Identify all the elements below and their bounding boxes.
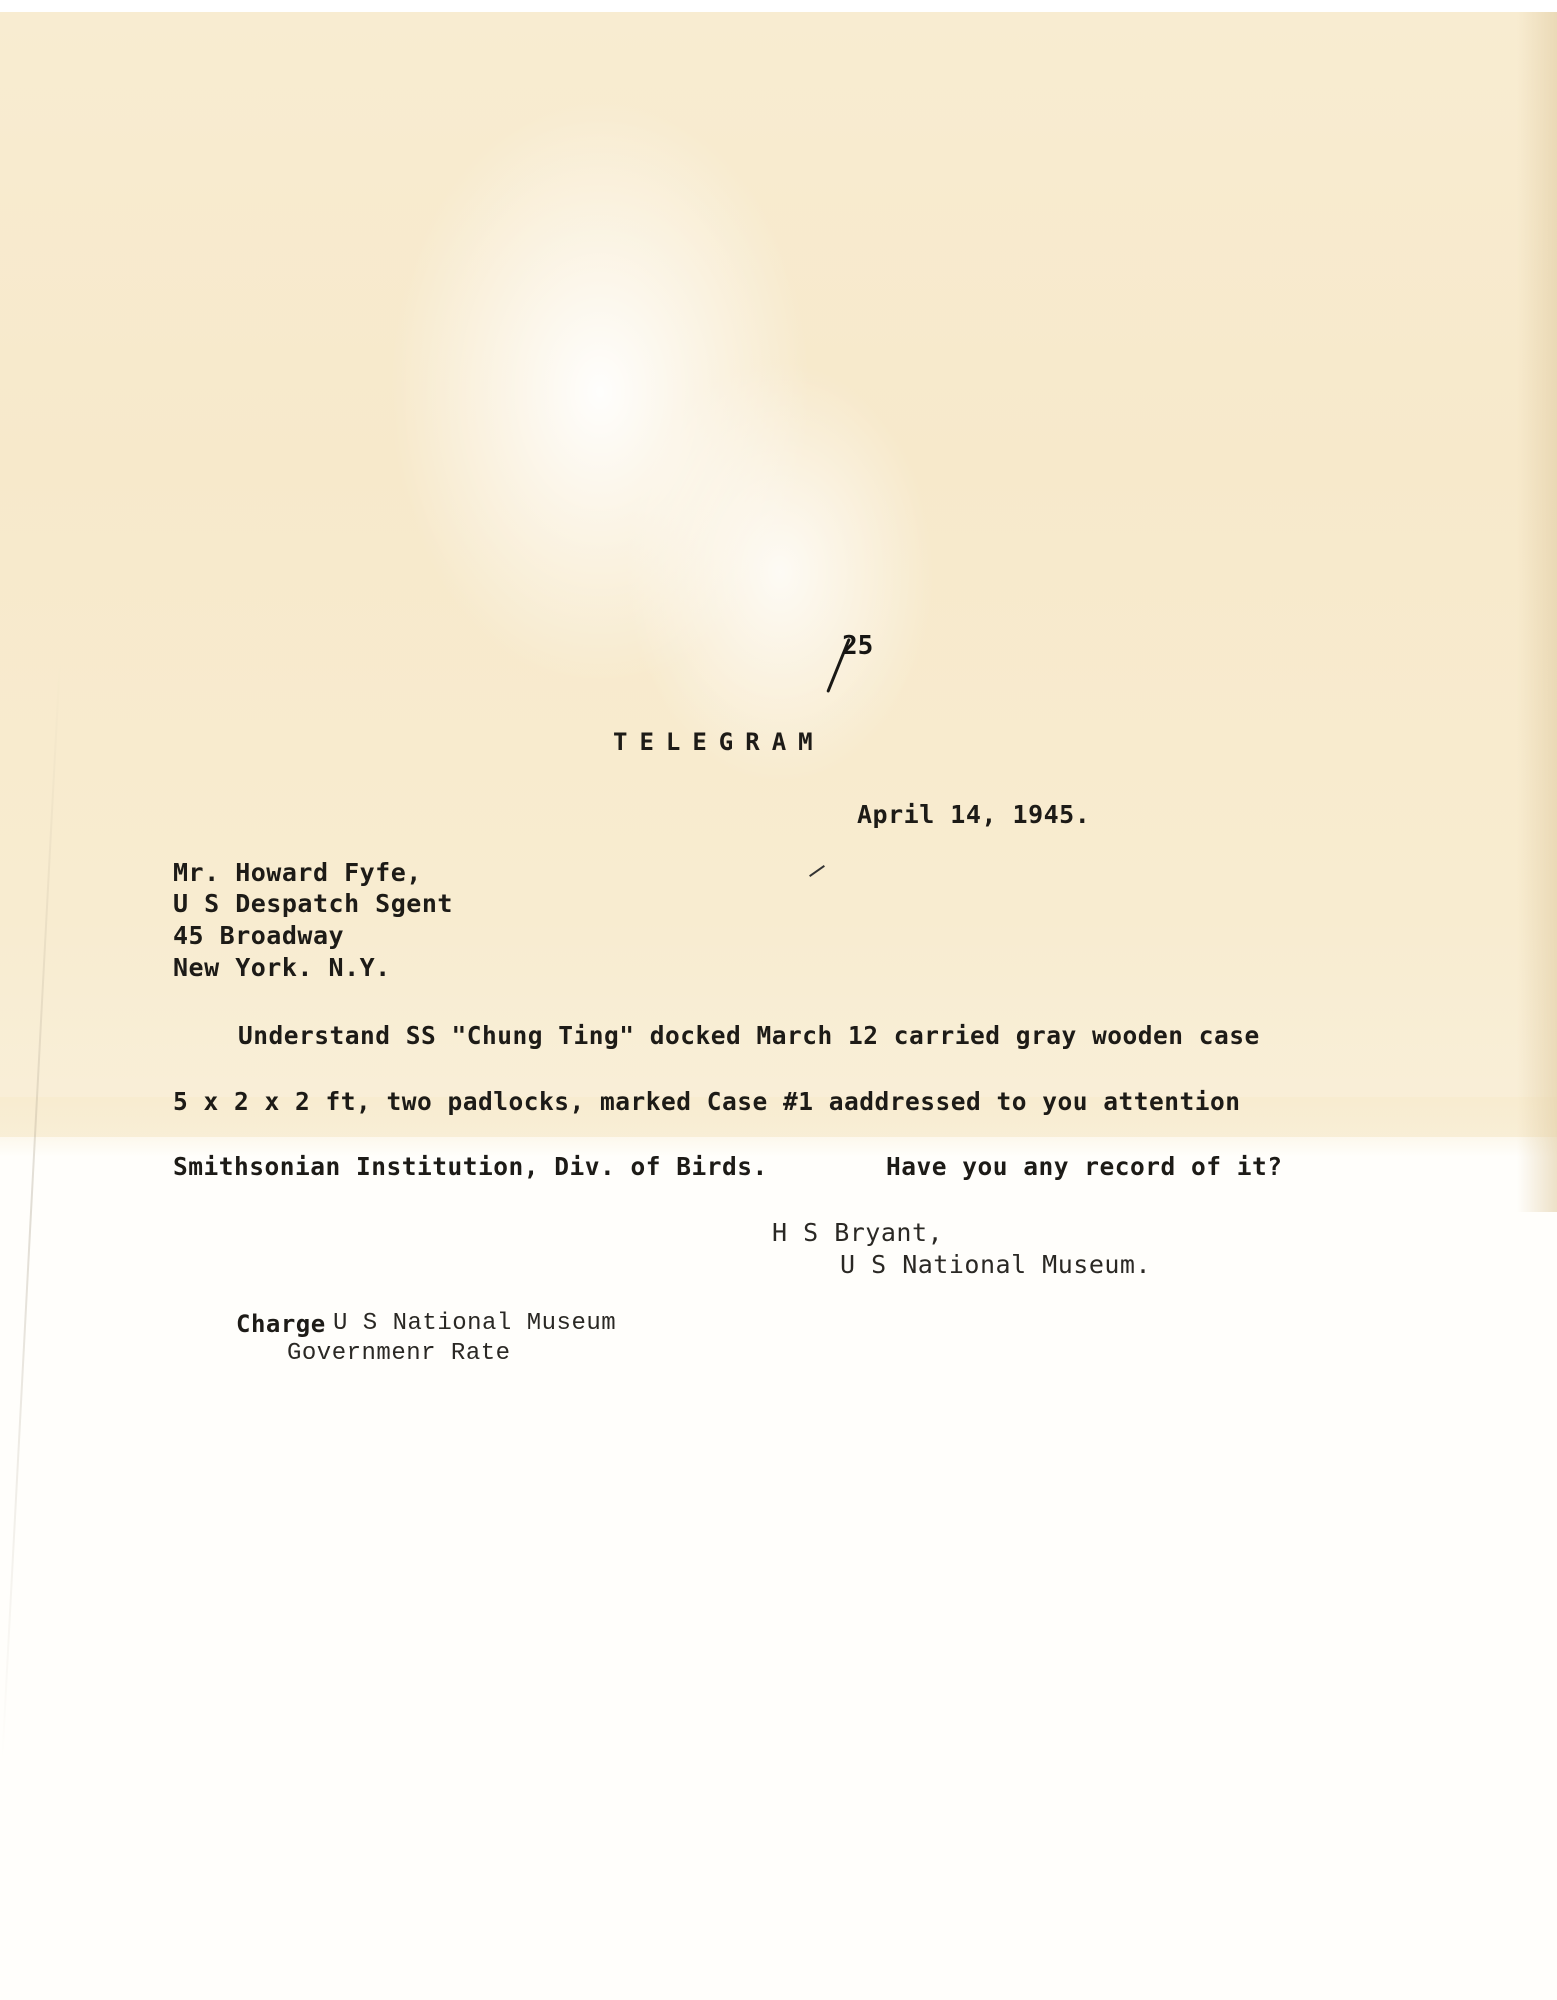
document-title: TELEGRAM (613, 728, 825, 756)
charge-rate: Governmenr Rate (287, 1340, 511, 1367)
document-page (0, 12, 1557, 2000)
recipient-title: U S Despatch Sgent (173, 889, 453, 918)
body-line-2: 5 x 2 x 2 ft, two padlocks, marked Case … (173, 1087, 1241, 1116)
signer-organization: U S National Museum. (840, 1250, 1151, 1279)
charge-account: U S National Museum (333, 1310, 616, 1337)
body-line-3-question: Have you any record of it? (886, 1152, 1283, 1181)
recipient-city: New York. N.Y. (173, 953, 391, 982)
page-number: 25 (842, 631, 873, 661)
recipient-name: Mr. Howard Fyfe, (173, 858, 422, 887)
body-line-1: Understand SS "Chung Ting" docked March … (238, 1021, 1260, 1050)
date-line: April 14, 1945. (857, 800, 1090, 829)
charge-label: Charge (236, 1310, 326, 1338)
signer-name: H S Bryant, (772, 1218, 943, 1247)
body-line-3: Smithsonian Institution, Div. of Birds. (173, 1152, 768, 1181)
page-edge-shadow (1517, 12, 1557, 1212)
recipient-street: 45 Broadway (173, 921, 344, 950)
